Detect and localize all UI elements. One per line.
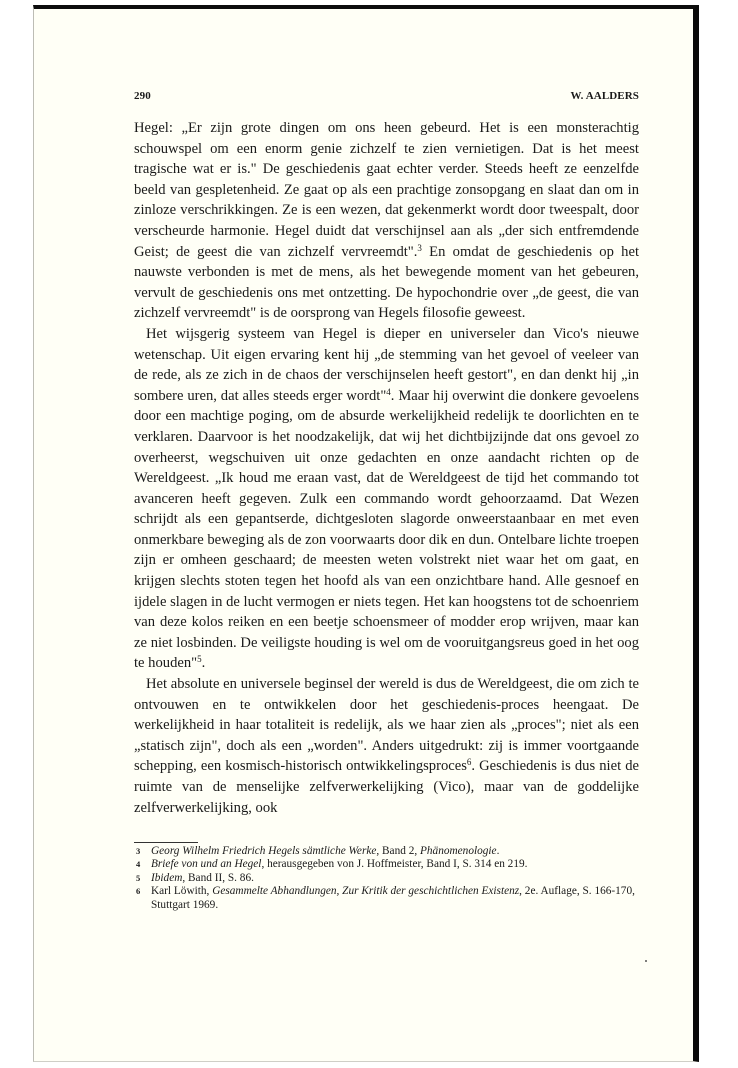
paragraph-3: Het absolute en universele beginsel der … bbox=[134, 674, 639, 818]
footnote-number: 3 bbox=[134, 845, 151, 858]
footnote-text: Ibidem, Band II, S. 86. bbox=[151, 872, 639, 885]
paragraph-1-text-a: Hegel: „Er zijn grote dingen om ons heen… bbox=[134, 120, 639, 260]
footnote-detail: , Band II, S. 86. bbox=[182, 872, 254, 884]
footnote-detail: , Band 2, bbox=[376, 845, 420, 857]
footnote-text: Karl Löwith, Gesammelte Abhandlungen, Zu… bbox=[151, 885, 639, 912]
footnote-number: 6 bbox=[134, 885, 151, 898]
footnote-author: Karl Löwith, bbox=[151, 885, 212, 897]
footnote-number: 5 bbox=[134, 872, 151, 885]
footnotes: 3 Georg Wilhelm Friedrich Hegels sämtlic… bbox=[134, 845, 639, 912]
paragraph-2-text-c: . bbox=[202, 655, 206, 671]
footnote-text: Georg Wilhelm Friedrich Hegels sämtliche… bbox=[151, 845, 639, 858]
footnote-title: Georg Wilhelm Friedrich Hegels sämtliche… bbox=[151, 845, 376, 857]
footnote-5: 5 Ibidem, Band II, S. 86. bbox=[134, 872, 639, 885]
footnote-detail-end: . bbox=[497, 845, 500, 857]
body-text: Hegel: „Er zijn grote dingen om ons heen… bbox=[134, 118, 639, 818]
running-head-author: W. AALDERS bbox=[571, 90, 639, 102]
footnote-text: Briefe von und an Hegel, herausgegeben v… bbox=[151, 858, 639, 871]
footnote-subtitle: Phänomenologie bbox=[420, 845, 497, 857]
footnote-number: 4 bbox=[134, 858, 151, 871]
footnote-title: Ibidem bbox=[151, 872, 182, 884]
footnote-title: Briefe von und an Hegel bbox=[151, 858, 261, 870]
footnote-title: Gesammelte Abhandlungen, Zur Kritik der … bbox=[212, 885, 519, 897]
footnote-divider bbox=[134, 842, 198, 843]
paragraph-2-text-b: . Maar hij overwint die donkere gevoelen… bbox=[134, 388, 639, 672]
running-head: 290 W. AALDERS bbox=[134, 90, 639, 104]
scan-speck bbox=[645, 960, 647, 962]
page-number: 290 bbox=[134, 90, 151, 102]
footnote-6: 6 Karl Löwith, Gesammelte Abhandlungen, … bbox=[134, 885, 639, 912]
footnote-3: 3 Georg Wilhelm Friedrich Hegels sämtlic… bbox=[134, 845, 639, 858]
footnote-4: 4 Briefe von und an Hegel, herausgegeben… bbox=[134, 858, 639, 871]
paragraph-1: Hegel: „Er zijn grote dingen om ons heen… bbox=[134, 118, 639, 324]
paragraph-2: Het wijsgerig systeem van Hegel is diepe… bbox=[134, 324, 639, 674]
footnote-detail: , herausgegeben von J. Hoffmeister, Band… bbox=[261, 858, 527, 870]
